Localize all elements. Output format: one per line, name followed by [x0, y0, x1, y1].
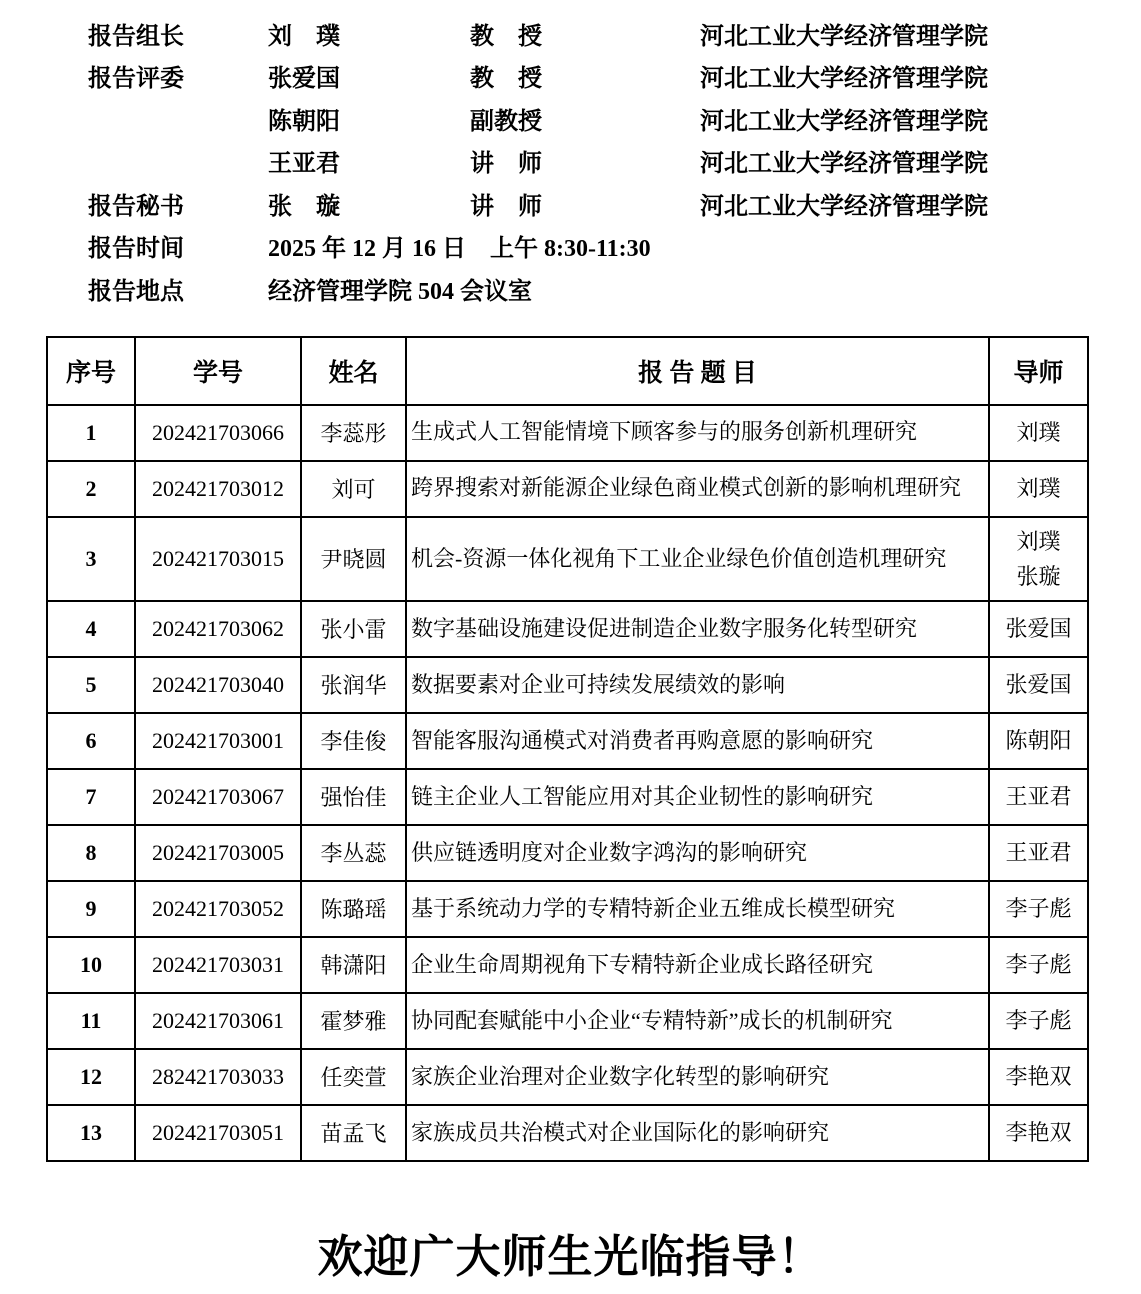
- info-value: 经济管理学院 504 会议室: [268, 271, 1141, 306]
- info-label: 报告评委: [88, 58, 268, 93]
- cell-advisor: 陈朝阳: [989, 713, 1088, 769]
- cell-topic: 企业生命周期视角下专精特新企业成长路径研究: [406, 937, 989, 993]
- cell-no: 4: [47, 601, 135, 657]
- cell-name: 霍梦雅: [301, 993, 406, 1049]
- info-name: 张爱国: [268, 58, 470, 93]
- cell-advisor: 李子彪: [989, 881, 1088, 937]
- info-org: 河北工业大学经济管理学院: [700, 16, 1141, 51]
- cell-no: 12: [47, 1049, 135, 1105]
- table-header-row: 序号学号姓名报 告 题 目导师: [47, 337, 1088, 405]
- cell-no: 13: [47, 1105, 135, 1161]
- cell-topic: 数据要素对企业可持续发展绩效的影响: [406, 657, 989, 713]
- cell-name: 任奕萱: [301, 1049, 406, 1105]
- table-row: 1202421703066李蕊彤生成式人工智能情境下顾客参与的服务创新机理研究刘…: [47, 405, 1088, 461]
- cell-advisor: 刘璞 张璇: [989, 517, 1088, 601]
- cell-topic: 家族成员共治模式对企业国际化的影响研究: [406, 1105, 989, 1161]
- cell-name: 李蕊彤: [301, 405, 406, 461]
- cell-topic: 供应链透明度对企业数字鸿沟的影响研究: [406, 825, 989, 881]
- cell-name: 李丛蕊: [301, 825, 406, 881]
- cell-name: 陈璐瑶: [301, 881, 406, 937]
- info-label: 报告秘书: [88, 186, 268, 221]
- info-org: 河北工业大学经济管理学院: [700, 186, 1141, 221]
- cell-no: 1: [47, 405, 135, 461]
- cell-advisor: 王亚君: [989, 825, 1088, 881]
- cell-topic: 数字基础设施建设促进制造企业数字服务化转型研究: [406, 601, 989, 657]
- cell-no: 10: [47, 937, 135, 993]
- info-name: 陈朝阳: [268, 101, 470, 136]
- info-name: 王亚君: [268, 143, 470, 178]
- table-row: 12282421703033任奕萱家族企业治理对企业数字化转型的影响研究李艳双: [47, 1049, 1088, 1105]
- info-row: 报告秘书张 璇讲 师河北工业大学经济管理学院: [88, 182, 1141, 225]
- table-row: 8202421703005李丛蕊供应链透明度对企业数字鸿沟的影响研究王亚君: [47, 825, 1088, 881]
- info-row: 报告时间2025 年 12 月 16 日 上午 8:30-11:30: [88, 225, 1141, 268]
- cell-advisor: 李艳双: [989, 1049, 1088, 1105]
- cell-topic: 生成式人工智能情境下顾客参与的服务创新机理研究: [406, 405, 989, 461]
- cell-name: 韩潇阳: [301, 937, 406, 993]
- cell-advisor: 刘璞: [989, 405, 1088, 461]
- cell-advisor: 王亚君: [989, 769, 1088, 825]
- document-page: 报告组长刘 璞教 授河北工业大学经济管理学院报告评委张爱国教 授河北工业大学经济…: [0, 0, 1141, 1294]
- info-row: 报告地点经济管理学院 504 会议室: [88, 267, 1141, 310]
- cell-topic: 跨界搜索对新能源企业绿色商业模式创新的影响机理研究: [406, 461, 989, 517]
- info-name: 刘 璞: [268, 16, 470, 51]
- info-row: 报告组长刘 璞教 授河北工业大学经济管理学院: [88, 12, 1141, 55]
- cell-name: 李佳俊: [301, 713, 406, 769]
- cell-advisor: 刘璞: [989, 461, 1088, 517]
- info-value: 2025 年 12 月 16 日 上午 8:30-11:30: [268, 228, 1141, 263]
- info-title: 讲 师: [470, 186, 700, 221]
- cell-name: 苗孟飞: [301, 1105, 406, 1161]
- cell-student-id: 282421703033: [135, 1049, 301, 1105]
- table-row: 10202421703031韩潇阳企业生命周期视角下专精特新企业成长路径研究李子…: [47, 937, 1088, 993]
- cell-advisor: 李子彪: [989, 993, 1088, 1049]
- header-no: 序号: [47, 337, 135, 405]
- cell-student-id: 202421703052: [135, 881, 301, 937]
- cell-name: 强怡佳: [301, 769, 406, 825]
- cell-no: 5: [47, 657, 135, 713]
- cell-name: 张润华: [301, 657, 406, 713]
- table-row: 13202421703051苗孟飞家族成员共治模式对企业国际化的影响研究李艳双: [47, 1105, 1088, 1161]
- report-info-block: 报告组长刘 璞教 授河北工业大学经济管理学院报告评委张爱国教 授河北工业大学经济…: [88, 12, 1141, 310]
- welcome-message: 欢迎广大师生光临指导！: [0, 1220, 1141, 1285]
- table-row: 9202421703052陈璐瑶基于系统动力学的专精特新企业五维成长模型研究李子…: [47, 881, 1088, 937]
- header-student-id: 学号: [135, 337, 301, 405]
- cell-no: 8: [47, 825, 135, 881]
- header-advisor: 导师: [989, 337, 1088, 405]
- info-title: 副教授: [470, 101, 700, 136]
- info-org: 河北工业大学经济管理学院: [700, 143, 1141, 178]
- cell-advisor: 李子彪: [989, 937, 1088, 993]
- cell-advisor: 张爱国: [989, 601, 1088, 657]
- table-row: 6202421703001李佳俊智能客服沟通模式对消费者再购意愿的影响研究陈朝阳: [47, 713, 1088, 769]
- cell-topic: 家族企业治理对企业数字化转型的影响研究: [406, 1049, 989, 1105]
- table-row: 3202421703015尹晓圆机会-资源一体化视角下工业企业绿色价值创造机理研…: [47, 517, 1088, 601]
- cell-no: 6: [47, 713, 135, 769]
- cell-no: 2: [47, 461, 135, 517]
- cell-student-id: 202421703040: [135, 657, 301, 713]
- cell-name: 刘可: [301, 461, 406, 517]
- cell-student-id: 202421703012: [135, 461, 301, 517]
- cell-no: 3: [47, 517, 135, 601]
- cell-topic: 智能客服沟通模式对消费者再购意愿的影响研究: [406, 713, 989, 769]
- info-label: 报告组长: [88, 16, 268, 51]
- cell-student-id: 202421703067: [135, 769, 301, 825]
- cell-student-id: 202421703066: [135, 405, 301, 461]
- cell-student-id: 202421703062: [135, 601, 301, 657]
- cell-no: 9: [47, 881, 135, 937]
- cell-topic: 基于系统动力学的专精特新企业五维成长模型研究: [406, 881, 989, 937]
- table-row: 5202421703040张润华数据要素对企业可持续发展绩效的影响张爱国: [47, 657, 1088, 713]
- info-title: 教 授: [470, 16, 700, 51]
- cell-student-id: 202421703001: [135, 713, 301, 769]
- header-topic: 报 告 题 目: [406, 337, 989, 405]
- cell-student-id: 202421703051: [135, 1105, 301, 1161]
- table-row: 2202421703012刘可跨界搜索对新能源企业绿色商业模式创新的影响机理研究…: [47, 461, 1088, 517]
- table-row: 4202421703062张小雷数字基础设施建设促进制造企业数字服务化转型研究张…: [47, 601, 1088, 657]
- info-title: 讲 师: [470, 143, 700, 178]
- info-org: 河北工业大学经济管理学院: [700, 101, 1141, 136]
- table-row: 11202421703061霍梦雅协同配套赋能中小企业“专精特新”成长的机制研究…: [47, 993, 1088, 1049]
- cell-topic: 机会-资源一体化视角下工业企业绿色价值创造机理研究: [406, 517, 989, 601]
- cell-student-id: 202421703005: [135, 825, 301, 881]
- info-label: 报告地点: [88, 271, 268, 306]
- info-row: 报告评委张爱国教 授河北工业大学经济管理学院: [88, 55, 1141, 98]
- cell-student-id: 202421703031: [135, 937, 301, 993]
- cell-name: 尹晓圆: [301, 517, 406, 601]
- cell-no: 11: [47, 993, 135, 1049]
- cell-name: 张小雷: [301, 601, 406, 657]
- info-label: 报告时间: [88, 228, 268, 263]
- info-row: 陈朝阳副教授河北工业大学经济管理学院: [88, 97, 1141, 140]
- table-row: 7202421703067强怡佳链主企业人工智能应用对其企业韧性的影响研究王亚君: [47, 769, 1088, 825]
- info-org: 河北工业大学经济管理学院: [700, 58, 1141, 93]
- header-name: 姓名: [301, 337, 406, 405]
- cell-student-id: 202421703061: [135, 993, 301, 1049]
- cell-advisor: 张爱国: [989, 657, 1088, 713]
- schedule-table: 序号学号姓名报 告 题 目导师 1202421703066李蕊彤生成式人工智能情…: [46, 336, 1089, 1162]
- cell-student-id: 202421703015: [135, 517, 301, 601]
- cell-topic: 链主企业人工智能应用对其企业韧性的影响研究: [406, 769, 989, 825]
- info-title: 教 授: [470, 58, 700, 93]
- info-name: 张 璇: [268, 186, 470, 221]
- cell-advisor: 李艳双: [989, 1105, 1088, 1161]
- cell-topic: 协同配套赋能中小企业“专精特新”成长的机制研究: [406, 993, 989, 1049]
- info-row: 王亚君讲 师河北工业大学经济管理学院: [88, 140, 1141, 183]
- cell-no: 7: [47, 769, 135, 825]
